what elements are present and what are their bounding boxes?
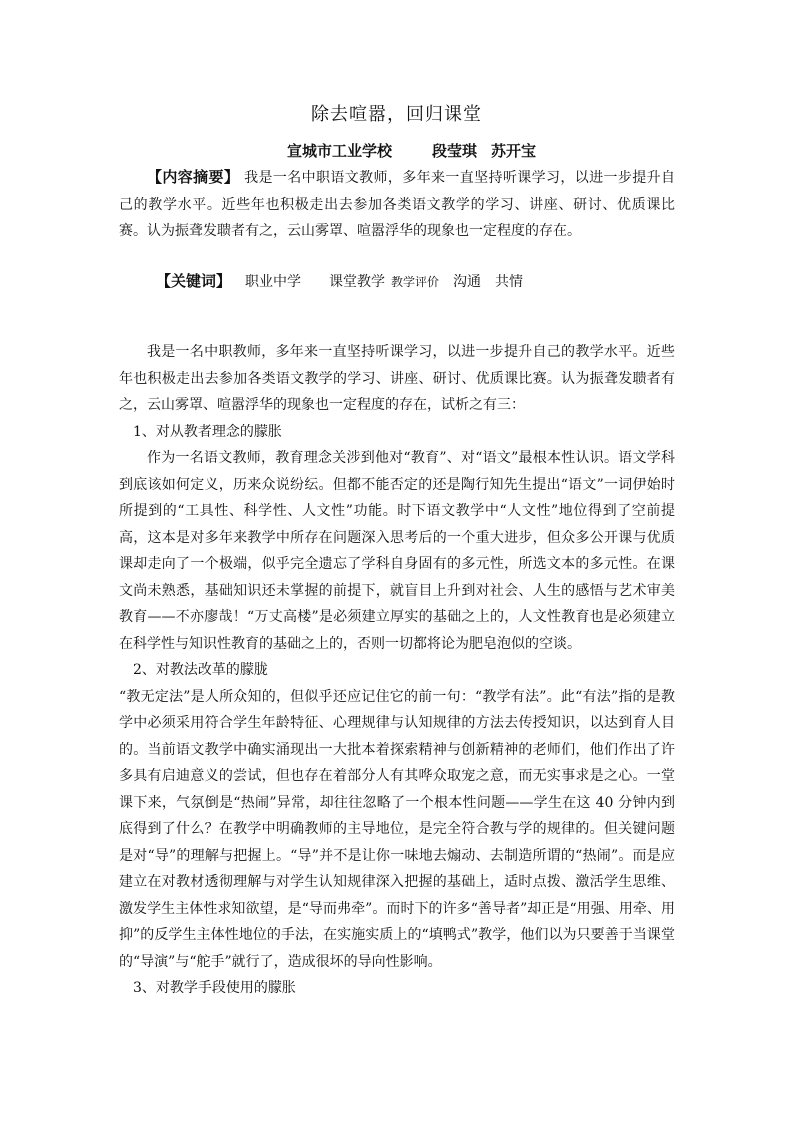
document-body: 我是一名中职教师，多年来一直坚持听课学习，以进一步提升自己的教学水平。近些年也积…	[119, 339, 675, 1002]
section-heading: 3、对教学手段使用的朦胀	[119, 975, 675, 1002]
keyword: 共情	[495, 274, 523, 290]
keywords-label: 【关键词】	[156, 272, 231, 290]
section-heading: 2、对教法改革的朦胧	[119, 657, 675, 684]
author-name: 苏开宝	[491, 142, 536, 160]
document-page: 除去喧嚣，回归课堂 宣城市工业学校段莹琪苏开宝 【内容摘要】 我是一名中职语文教…	[0, 0, 793, 1122]
author-name: 段莹琪	[432, 142, 477, 160]
section-paragraph: 作为一名语文教师，教育理念关涉到他对“教育”、对“语文”最根本性认识。语文学科到…	[119, 445, 675, 657]
keyword: 教学评价	[391, 275, 439, 289]
keyword: 职业中学	[245, 274, 301, 290]
abstract-label: 【内容摘要】	[147, 168, 239, 186]
abstract: 【内容摘要】 我是一名中职语文教师，多年来一直坚持听课学习，以进一步提升自己的教…	[119, 164, 675, 245]
keywords: 【关键词】职业中学课堂教学教学评价沟通共情	[156, 268, 712, 295]
section-heading: 1、对从教者理念的朦胀	[119, 419, 675, 446]
document-title: 除去喧嚣，回归课堂	[0, 103, 793, 127]
keyword: 课堂教学	[329, 274, 385, 290]
keyword: 沟通	[453, 274, 481, 290]
section-paragraph: “教无定法”是人所众知的，但似乎还应记住它的前一句：“教学有法”。此“有法”指的…	[119, 684, 675, 976]
intro-paragraph: 我是一名中职教师，多年来一直坚持听课学习，以进一步提升自己的教学水平。近些年也积…	[119, 339, 675, 419]
author-line: 宣城市工业学校段莹琪苏开宝	[0, 140, 793, 162]
school-name: 宣城市工业学校	[287, 142, 392, 160]
